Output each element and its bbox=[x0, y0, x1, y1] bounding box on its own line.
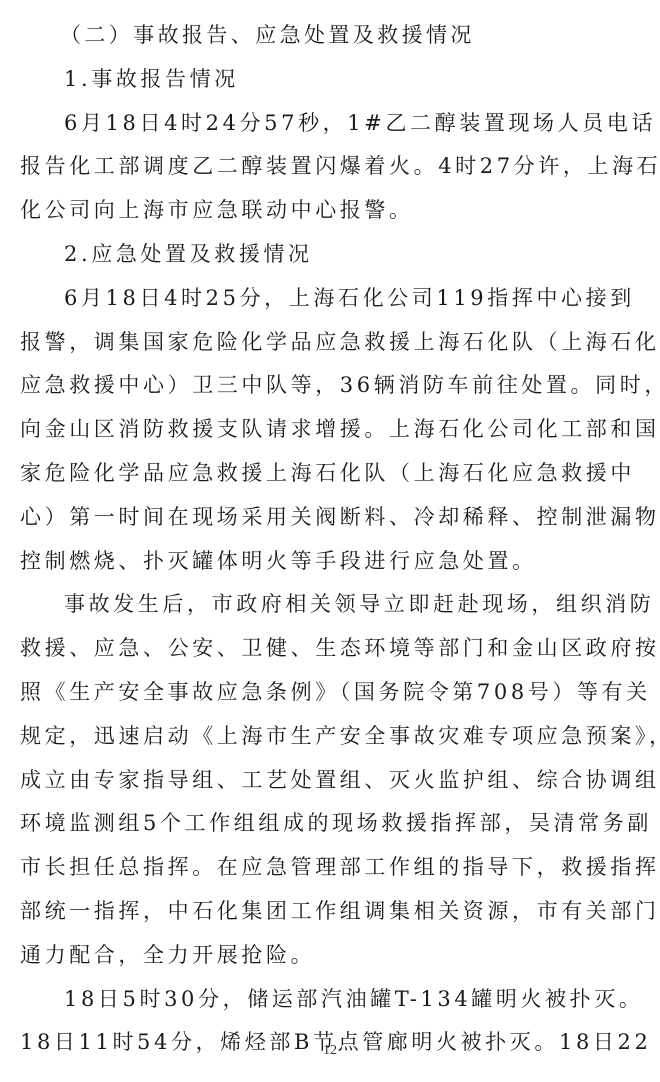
section-heading: （二）事故报告、应急处置及救援情况 bbox=[20, 14, 642, 58]
text-line: 报告化工部调度乙二醇装置闪爆着火。4时27分许，上海石 bbox=[20, 145, 642, 189]
page-number: 12 bbox=[0, 1043, 660, 1059]
text-line: 应急救援中心）卫三中队等，36辆消防车前往处置。同时， bbox=[20, 364, 642, 408]
text-line: 6月18日4时25分，上海石化公司119指挥中心接到 bbox=[20, 277, 642, 321]
text-line: 向金山区消防救援支队请求增援。上海石化公司化工部和国 bbox=[20, 408, 642, 452]
text-line: 部统一指挥，中石化集团工作组调集相关资源，市有关部门 bbox=[20, 890, 642, 934]
subsection-title-incident-report: 1.事故报告情况 bbox=[20, 58, 642, 102]
text-line: 照《生产安全事故应急条例》（国务院令第708号）等有关 bbox=[20, 671, 642, 715]
text-line: 通力配合，全力开展抢险。 bbox=[20, 934, 642, 978]
text-line: 6月18日4时24分57秒，1#乙二醇装置现场人员电话 bbox=[20, 102, 642, 146]
document-body: （二）事故报告、应急处置及救援情况 1.事故报告情况 6月18日4时24分57秒… bbox=[20, 14, 642, 1065]
text-line: 心）第一时间在现场采用关阀断料、冷却稀释、控制泄漏物、 bbox=[20, 496, 642, 540]
text-line: 救援、应急、公安、卫健、生态环境等部门和金山区政府按 bbox=[20, 627, 642, 671]
text-line: 成立由专家指导组、工艺处置组、灭火监护组、综合协调组、 bbox=[20, 759, 642, 803]
text-line: 18日5时30分，储运部汽油罐T-134罐明火被扑灭。 bbox=[20, 978, 642, 1022]
text-line: 报警，调集国家危险化学品应急救援上海石化队（上海石化 bbox=[20, 321, 642, 365]
document-page: （二）事故报告、应急处置及救援情况 1.事故报告情况 6月18日4时24分57秒… bbox=[0, 0, 660, 1082]
text-line: 事故发生后，市政府相关领导立即赶赴现场，组织消防 bbox=[20, 583, 642, 627]
text-line: 规定，迅速启动《上海市生产安全事故灾难专项应急预案》， bbox=[20, 715, 642, 759]
text-line: 化公司向上海市应急联动中心报警。 bbox=[20, 189, 642, 233]
text-line: 家危险化学品应急救援上海石化队（上海石化应急救援中 bbox=[20, 452, 642, 496]
text-line: 环境监测组5个工作组组成的现场救援指挥部，吴清常务副 bbox=[20, 802, 642, 846]
subsection-title-emergency-response: 2.应急处置及救援情况 bbox=[20, 233, 642, 277]
text-line: 控制燃烧、扑灭罐体明火等手段进行应急处置。 bbox=[20, 540, 642, 584]
text-line: 市长担任总指挥。在应急管理部工作组的指导下，救援指挥 bbox=[20, 846, 642, 890]
